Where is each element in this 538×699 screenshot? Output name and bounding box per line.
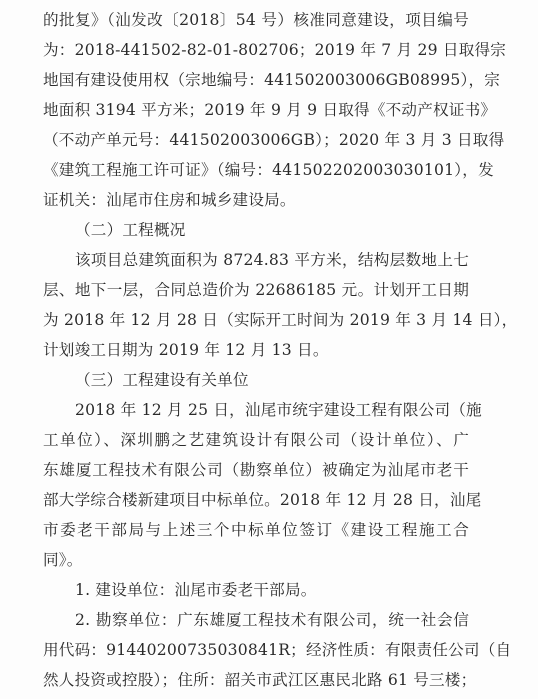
list-item-survey-unit: 2. 勘察单位：广东雄厦工程技术有限公司，统一社会信: [75, 605, 469, 635]
text-line: 为 2018 年 12 月 28 日（实际开工时间为 2019 年 3 月 14…: [43, 305, 469, 335]
text-line: 地面积 3194 平方米；2019 年 9 月 9 日取得《不动产权证书》: [43, 95, 469, 125]
text-line: 层、地下一层，合同总造价为 22686185 元。计划开工日期: [43, 275, 469, 305]
text-line: 证机关：汕尾市住房和城乡建设局。: [43, 185, 469, 215]
text-line: 为：2018-441502-82-01-802706；2019 年 7 月 29…: [43, 35, 469, 65]
document-page: 的批复》（汕发改〔2018〕54 号）核准同意建设，项目编号 为：2018-44…: [0, 0, 538, 699]
text-line: 用代码：91440200735030841R；经济性质：有限责任公司（自: [43, 635, 469, 665]
text-line: 《建筑工程施工许可证》（编号：441502202003030101），发: [43, 155, 469, 185]
text-line: 东雄厦工程技术有限公司（勘察单位）被确定为汕尾市老干: [43, 455, 469, 485]
section-heading-units: （三）工程建设有关单位: [75, 365, 469, 395]
text-line: 市委老干部局与上述三个中标单位签订《建设工程施工合: [43, 515, 469, 545]
text-line: 工单位）、深圳鹏之艺建筑设计有限公司（设计单位）、广: [43, 425, 469, 455]
section-heading-overview: （二）工程概况: [75, 215, 469, 245]
text-line: （不动产单元号：441502003006GB）；2020 年 3 月 3 日取得: [43, 125, 469, 155]
text-line: 部大学综合楼新建项目中标单位。2018 年 12 月 28 日，汕尾: [43, 485, 469, 515]
text-line: 的批复》（汕发改〔2018〕54 号）核准同意建设，项目编号: [43, 5, 469, 35]
text-line: 2018 年 12 月 25 日，汕尾市统宇建设工程有限公司（施: [75, 395, 469, 425]
text-line: 同》。: [43, 545, 469, 575]
text-line: 该项目总建筑面积为 8724.83 平方米，结构层数地上七: [75, 245, 469, 275]
text-line: 然人投资或控股）；住所：韶关市武江区惠民北路 61 号三楼；: [43, 665, 469, 695]
list-item-construction-unit: 1. 建设单位：汕尾市委老干部局。: [75, 575, 469, 605]
text-line: 地国有建设使用权（宗地编号：441502003006GB08995），宗: [43, 65, 469, 95]
text-line: 计划竣工日期为 2019 年 12 月 13 日。: [43, 335, 469, 365]
